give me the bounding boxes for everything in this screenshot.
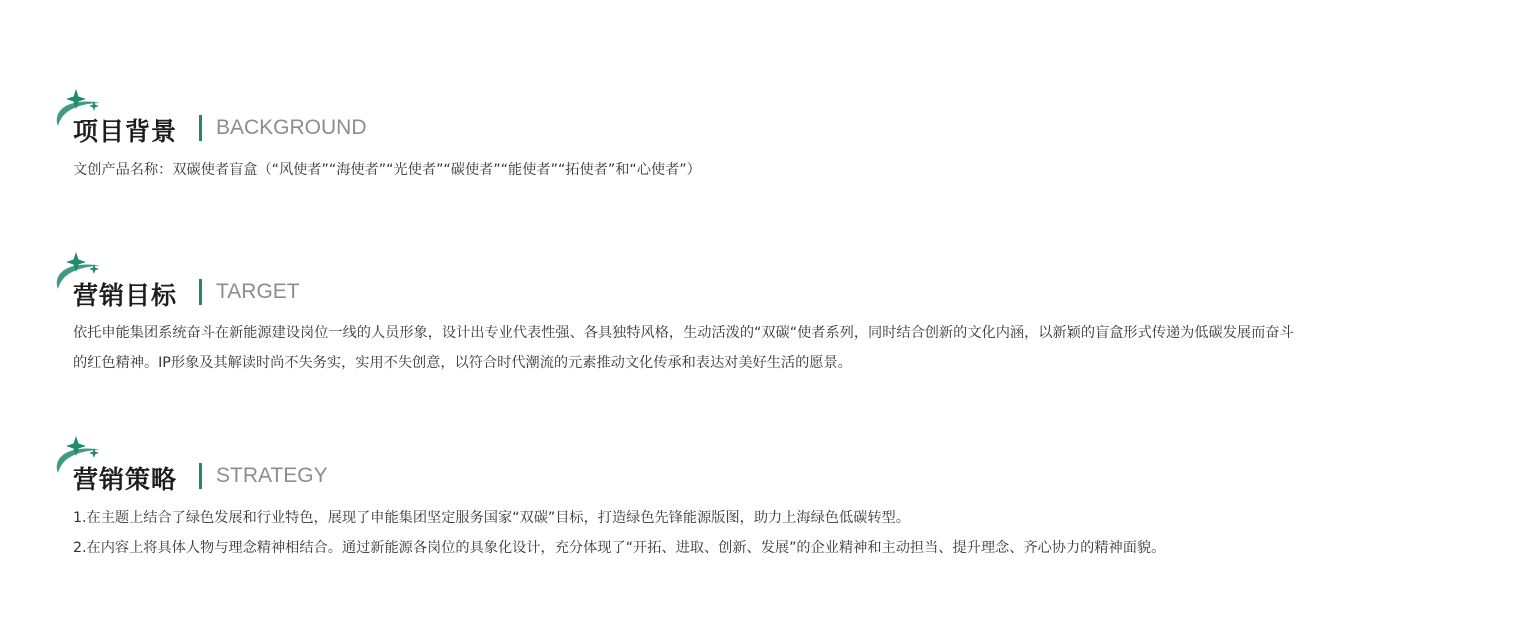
section-heading: 营销目标 TARGET [52,251,652,307]
section-subtitle: BACKGROUND [216,116,367,140]
title-divider [199,115,202,141]
title-divider [199,279,202,305]
section-body: 1.在主题上结合了绿色发展和行业特色，展现了申能集团坚定服务国家“双碳”目标，打… [73,503,1165,563]
body-line: 依托申能集团系统奋斗在新能源建设岗位一线的人员形象，设计出专业代表性强、各具独特… [73,318,1294,348]
section-heading: 项目背景 BACKGROUND [52,88,652,144]
section-heading: 营销策略 STRATEGY [52,435,652,491]
body-line: 的红色精神。IP形象及其解读时尚不失务实，实用不失创意，以符合时代潮流的元素推动… [73,348,1294,378]
body-line: 1.在主题上结合了绿色发展和行业特色，展现了申能集团坚定服务国家“双碳”目标，打… [73,503,1165,533]
section-title: 营销目标 [73,276,177,312]
section-title: 项目背景 [73,112,177,148]
body-line: 文创产品名称：双碳使者盲盒（“风使者”“海使者”“光使者”“碳使者”“能使者”“… [73,155,701,185]
section-body: 依托申能集团系统奋斗在新能源建设岗位一线的人员形象，设计出专业代表性强、各具独特… [73,318,1294,378]
section-title: 营销策略 [73,460,177,496]
section-body: 文创产品名称：双碳使者盲盒（“风使者”“海使者”“光使者”“碳使者”“能使者”“… [73,155,701,185]
title-divider [199,463,202,489]
body-line: 2.在内容上将具体人物与理念精神相结合。通过新能源各岗位的具象化设计，充分体现了… [73,533,1165,563]
section-subtitle: TARGET [216,280,300,304]
section-subtitle: STRATEGY [216,464,328,488]
